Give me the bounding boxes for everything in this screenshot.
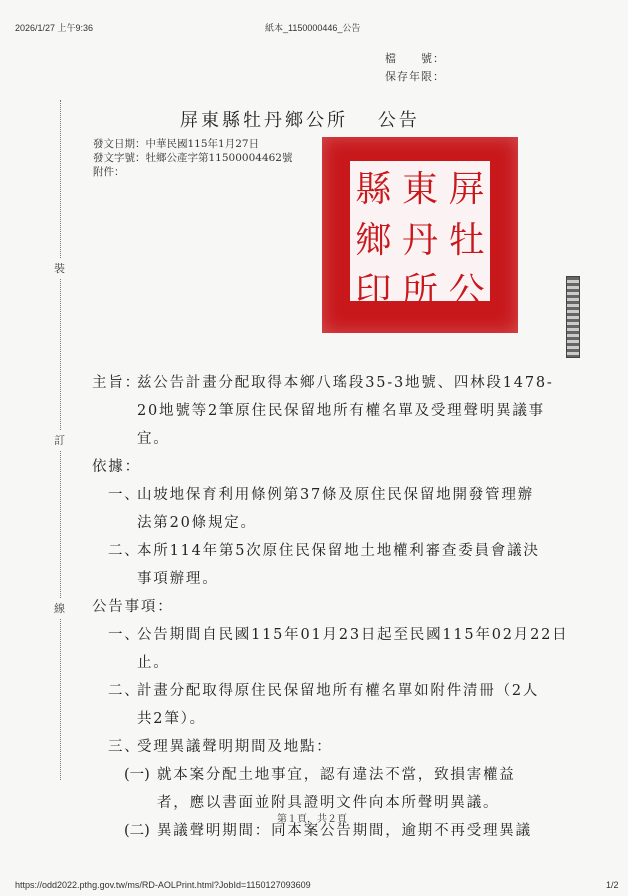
issue-date: 發文日期：中華民國115年1月27日 <box>93 137 292 151</box>
announcement-item-marker: 二、 <box>108 680 141 702</box>
subject-line: 宜。 <box>137 428 170 450</box>
retention-period-label: 保存年限： <box>385 68 445 84</box>
archive-number-label: 檔 號： <box>385 50 445 66</box>
announcement-label: 公告事項： <box>92 596 174 618</box>
announcement-item-line: 共2筆）。 <box>137 708 206 730</box>
official-seal-icon: 屏 東 縣 牡 丹 鄉 公 所 印 <box>322 137 518 333</box>
seal-char: 丹 <box>397 212 444 263</box>
seal-char: 鄉 <box>350 212 397 263</box>
print-datetime: 2026/1/27 上午9:36 <box>15 21 93 34</box>
announcement-item-line: 止。 <box>137 652 170 674</box>
announcement-item-line: 公告期間自民國115年01月23日起至民國115年02月22日 <box>137 624 568 646</box>
basis-item-line: 法第20條規定。 <box>137 512 257 534</box>
signature-stamp-icon <box>566 276 580 358</box>
binding-mark: 線 <box>54 598 65 618</box>
page-indicator: 第１頁，共２頁 <box>277 810 347 825</box>
sub-item-marker: (一) <box>124 764 150 786</box>
announcement-item-marker: 一、 <box>108 624 141 646</box>
announcement-item-marker: 三、 <box>108 736 141 758</box>
subject-label: 主旨： <box>92 372 141 394</box>
basis-item-line: 事項辦理。 <box>137 568 219 590</box>
print-document-name: 紙本_1150000446_公告 <box>265 21 360 34</box>
seal-char: 印 <box>350 263 397 314</box>
basis-label: 依據： <box>92 456 141 478</box>
seal-char: 縣 <box>350 161 397 212</box>
basis-item-marker: 二、 <box>108 540 141 562</box>
basis-item-marker: 一、 <box>108 484 141 506</box>
binding-mark: 訂 <box>54 430 65 450</box>
print-url: https://odd2022.pthg.gov.tw/ms/RD-AOLPri… <box>15 880 311 890</box>
subject-line: 兹公告計畫分配取得本鄉八瑤段35-3地號、四林段1478- <box>137 372 554 394</box>
seal-char: 東 <box>397 161 444 212</box>
seal-char: 屏 <box>443 161 490 212</box>
seal-inner: 屏 東 縣 牡 丹 鄉 公 所 印 <box>350 161 490 301</box>
subject-line: 20地號等2筆原住民保留地所有權名單及受理聲明異議事 <box>137 400 545 422</box>
announcement-item-line: 計畫分配取得原住民保留地所有權名單如附件清冊（2人 <box>137 680 539 702</box>
binding-mark: 裝 <box>54 258 65 278</box>
sub-item-line: 就本案分配土地事宜，認有違法不當，致損害權益 <box>157 764 516 786</box>
announcement-item-line: 受理異議聲明期間及地點： <box>137 736 333 758</box>
document-number: 發文字號：牡鄉公產字第11500004462號 <box>93 151 292 165</box>
basis-item-line: 本所114年第5次原住民保留地土地權利審查委員會議決 <box>137 540 540 562</box>
seal-char: 所 <box>397 263 444 314</box>
print-page-number: 1/2 <box>606 880 619 890</box>
seal-char: 公 <box>443 263 490 314</box>
sub-item-marker: (二) <box>124 820 150 842</box>
attachment-label: 附件： <box>93 165 292 179</box>
basis-item-line: 山坡地保育利用條例第37條及原住民保留地開發管理辦 <box>137 484 534 506</box>
seal-char: 牡 <box>443 212 490 263</box>
issue-info: 發文日期：中華民國115年1月27日 發文字號：牡鄉公產字第1150000446… <box>93 137 292 179</box>
document-title: 屏東縣牡丹鄉公所 公告 <box>180 106 420 132</box>
